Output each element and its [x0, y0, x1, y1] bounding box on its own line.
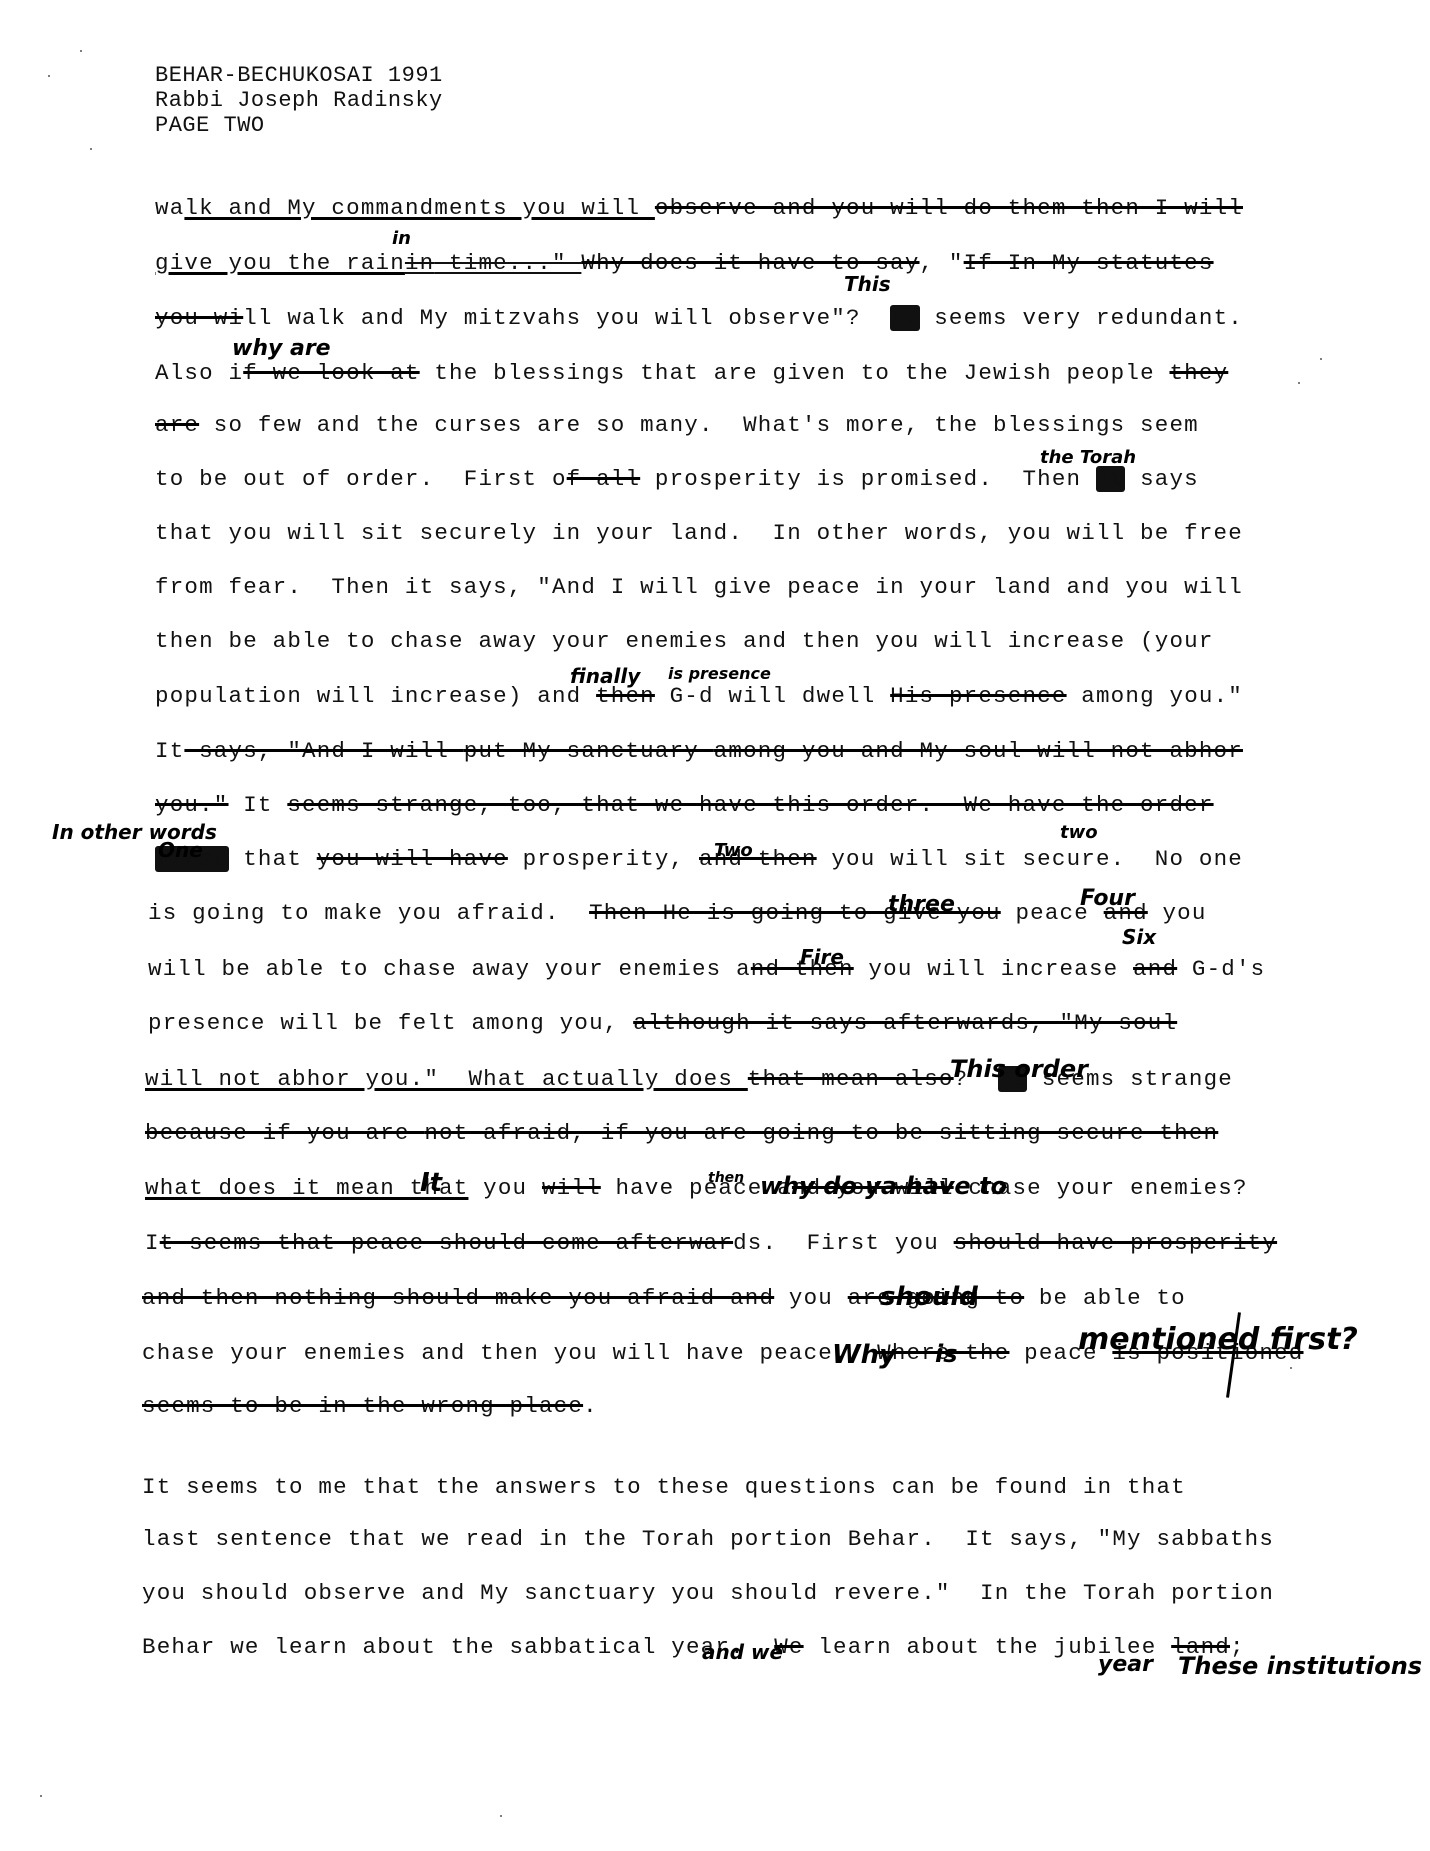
typed-line: because if you are not afraid, if you ar… [145, 1120, 1218, 1146]
struck-text: observe and you will do them then I will [655, 195, 1243, 221]
handwritten-annotation: Four [1080, 886, 1135, 911]
typed-line: that you will sit securely in your land.… [155, 520, 1243, 546]
typed-line: It says, "And I will put My sanctuary am… [155, 738, 1243, 764]
handwritten-annotation: It [420, 1168, 442, 1198]
text-run: chase your enemies and then you will hav… [142, 1340, 877, 1366]
struck-text: and then nothing should make you afraid … [142, 1285, 774, 1311]
text-run: you will increase [854, 956, 1133, 982]
text-run: ds. First you [733, 1230, 954, 1256]
typed-line: population will increase) and then G-d w… [155, 683, 1243, 709]
text-run: is going to make you afraid. [148, 900, 589, 926]
typed-line: what does it mean that you will have pea… [145, 1175, 1248, 1201]
handwritten-annotation: These institutions [1178, 1652, 1422, 1680]
typed-line: Behar we learn about the sabbatical year… [142, 1634, 1245, 1660]
struck-text: f we look at [243, 360, 419, 386]
struck-text: you will have [317, 846, 508, 872]
typed-line: to be out of order. First of all prosper… [155, 466, 1199, 492]
struck-text: seems strange, too, that we have this or… [287, 792, 1213, 818]
text-run: so few and the curses are so many. What'… [199, 412, 1199, 438]
text-run: wa [155, 195, 184, 221]
text-run: last sentence that we read in the Torah … [142, 1526, 1274, 1552]
typed-line: will be able to chase away your enemies … [148, 956, 1265, 982]
typed-line: from fear. Then it says, "And I will giv… [155, 574, 1243, 600]
text-run: G-d will dwell [655, 683, 890, 709]
handwritten-annotation: mentioned first? [1078, 1322, 1358, 1357]
manuscript-page: BEHAR-BECHUKOSAI 1991 Rabbi Joseph Radin… [0, 0, 1430, 1851]
typed-line: last sentence that we read in the Torah … [142, 1526, 1274, 1552]
struck-text: time..." [434, 250, 581, 276]
scan-speck [1298, 382, 1300, 384]
text-run: that [229, 846, 317, 872]
struck-text: t seems that peace should come afterwar [160, 1230, 733, 1256]
handwritten-annotation: in [392, 228, 411, 249]
handwritten-annotation: This [844, 272, 891, 296]
text-run: you should observe and My sanctuary you … [142, 1580, 1274, 1606]
handwritten-annotation: should [880, 1282, 978, 1312]
text-run: you [1148, 900, 1207, 926]
handwritten-annotation: why are [232, 336, 331, 361]
text-run: seems very redundant. [920, 305, 1243, 331]
handwritten-annotation: is [935, 1340, 958, 1368]
text-run: you will sit secure. No one [817, 846, 1243, 872]
underlined-text: give you the rain [155, 250, 405, 276]
handwritten-annotation: Why [832, 1340, 896, 1370]
handwritten-annotation: then [708, 1170, 744, 1186]
text-run: says [1125, 466, 1199, 492]
blotted-text: it [1096, 466, 1125, 492]
typed-line: seems to be in the wrong place. [142, 1393, 598, 1419]
handwritten-annotation: the Torah [1040, 447, 1136, 468]
text-run: Behar we learn about the sabbatical year… [142, 1634, 774, 1660]
scan-speck [500, 1815, 502, 1817]
struck-text: seems to be in the wrong place [142, 1393, 583, 1419]
page-label: PAGE TWO [155, 113, 265, 138]
struck-text: you wi [155, 305, 243, 331]
scan-speck [90, 148, 92, 150]
handwritten-annotation: and we [702, 1640, 783, 1664]
text-run: you [774, 1285, 848, 1311]
struck-text: although it says afterwards, "My soul [633, 1010, 1177, 1036]
scan-speck [80, 50, 82, 52]
handwritten-annotation: finally [570, 664, 640, 688]
struck-text: because if you are [145, 1120, 424, 1146]
struck-text: that mean also [748, 1066, 954, 1092]
text-run: from fear. Then it says, "And I will giv… [155, 574, 1243, 600]
typed-line: is going to make you afraid. Then He is … [148, 900, 1207, 926]
typed-line: then be able to chase away your enemies … [155, 628, 1214, 654]
handwritten-annotation: Six [1122, 925, 1156, 949]
document-title: BEHAR-BECHUKOSAI 1991 [155, 63, 443, 88]
typed-line: walk and My commandments you will observ… [155, 195, 1243, 221]
handwritten-annotation: is presence [668, 664, 771, 683]
struck-text: they [1169, 360, 1228, 386]
text-run: you [468, 1175, 542, 1201]
handwritten-annotation: two [1060, 822, 1098, 843]
typed-line: you will walk and My mitzvahs you will o… [155, 305, 1243, 331]
struck-text: put My sanctuary [464, 738, 714, 764]
text-run: will be able to chase away your enemies … [148, 956, 751, 982]
struck-text: not afraid, if you are going to be sitti… [424, 1120, 1218, 1146]
scan-speck [40, 1795, 42, 1797]
blotted-text: It [890, 305, 919, 331]
text-run: . [583, 1393, 598, 1419]
text-run: prosperity is promised. Then [640, 466, 1096, 492]
typed-line: give you the rainin time..." Why does it… [155, 250, 1214, 276]
typed-line: are so few and the curses are so many. W… [155, 412, 1199, 438]
handwritten-annotation: why do ya have to [760, 1172, 1007, 1200]
struck-text: and [1133, 956, 1177, 982]
underlined-text: will not abhor you." What actually does [145, 1066, 748, 1092]
text-run: prosperity, [508, 846, 699, 872]
text-run: the blessings that are given to the Jewi… [420, 360, 1170, 386]
author-name: Rabbi Joseph Radinsky [155, 88, 443, 113]
typed-line: you." It seems strange, too, that we hav… [155, 792, 1214, 818]
struck-text: will [542, 1175, 601, 1201]
scan-speck [1290, 1367, 1292, 1369]
typed-line: It seems to me that the answers to these… [142, 1474, 1186, 1500]
text-run: presence will be felt among you, [148, 1010, 633, 1036]
text-run: Also i [155, 360, 243, 386]
text-run: G-d's [1177, 956, 1265, 982]
typed-line: Also if we look at the blessings that ar… [155, 360, 1228, 386]
typed-line: It seems that peace should come afterwar… [145, 1230, 1277, 1256]
handwritten-annotation: three [888, 892, 955, 917]
handwritten-annotation: One [158, 838, 203, 862]
struck-text: f all [567, 466, 641, 492]
struck-text: should have prosperity [954, 1230, 1277, 1256]
text-run: It [155, 738, 184, 764]
text-run: to be out of order. First o [155, 466, 567, 492]
text-run: be able to [1024, 1285, 1186, 1311]
struck-text: are [155, 412, 199, 438]
text-run: ll walk and My mitzvahs you will observe… [243, 305, 890, 331]
typed-line: and then nothing should make you afraid … [142, 1285, 1186, 1311]
typed-line: first that you will have prosperity, and… [155, 846, 1243, 872]
text-run: that you will sit securely in your land.… [155, 520, 1243, 546]
handwritten-annotation: Fire [800, 945, 844, 969]
text-run: among you." [1067, 683, 1243, 709]
text-run: It [229, 792, 288, 818]
handwritten-annotation: This order [950, 1055, 1088, 1083]
struck-text: If In My statutes [964, 250, 1214, 276]
text-run: population will increase) and [155, 683, 596, 709]
struck-text: says, "And I will [184, 738, 463, 764]
handwritten-annotation: year [1098, 1652, 1153, 1677]
scan-speck [48, 75, 50, 77]
struck-text: in [405, 250, 434, 276]
struck-text: you." [155, 792, 229, 818]
typed-line: presence will be felt among you, althoug… [148, 1010, 1177, 1036]
underlined-text: lk and My commandments you will [184, 195, 654, 221]
scan-speck [1320, 358, 1322, 360]
handwritten-annotation: Two [714, 840, 753, 861]
text-run: then be able to chase away your enemies … [155, 628, 1214, 654]
text-run: , " [920, 250, 964, 276]
text-run: I [145, 1230, 160, 1256]
struck-text: His presence [890, 683, 1066, 709]
text-run: It seems to me that the answers to these… [142, 1474, 1186, 1500]
typed-line: you should observe and My sanctuary you … [142, 1580, 1274, 1606]
struck-text: among you and My soul will not abhor [714, 738, 1243, 764]
